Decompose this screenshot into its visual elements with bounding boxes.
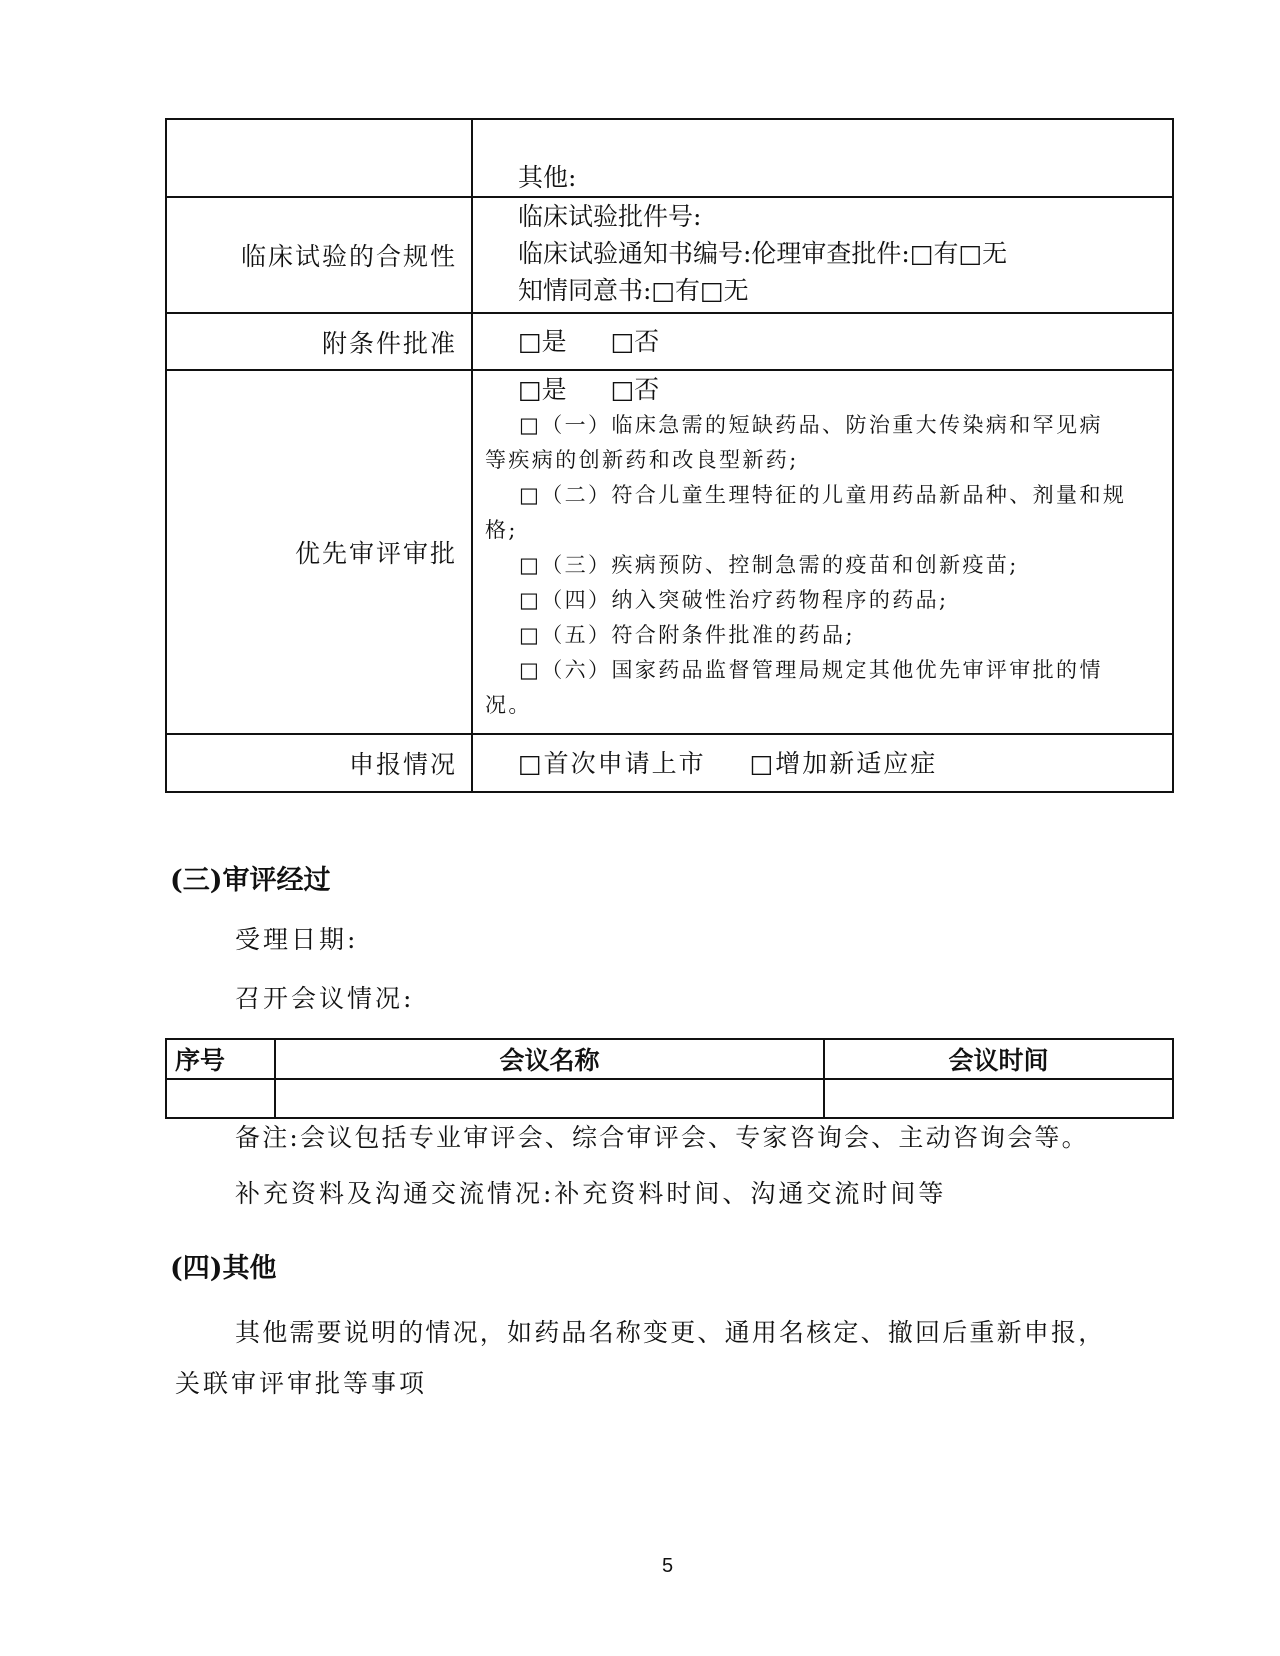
checkbox-yes[interactable]: □是 [518,375,567,404]
checkbox-first-application[interactable]: □首次申请上市 [518,749,706,778]
col-seq: 序号 [166,1039,275,1079]
cell-meeting-time[interactable] [824,1079,1173,1118]
col-meeting-time: 会议时间 [824,1039,1173,1079]
row-label: 申报情况 [166,734,472,792]
row-label: 附条件批准 [166,313,472,370]
review-info-table: 其他: 临床试验的合规性 临床试验批件号: 临床试验通知书编号:伦理审查批件:□… [165,118,1174,793]
table-row-priority-review: 优先审评审批 □是□否 □（一）临床急需的短缺药品、防治重大传染病和罕见病 等疾… [166,370,1173,734]
table-row-compliance: 临床试验的合规性 临床试验批件号: 临床试验通知书编号:伦理审查批件:□有□无 … [166,197,1173,313]
priority-item-1-cont: 等疾病的创新药和改良型新药; [473,443,1172,478]
table-row-conditional-approval: 附条件批准 □是□否 [166,313,1173,370]
priority-item-6[interactable]: □（六）国家药品监督管理局规定其他优先审评审批的情 [473,653,1172,688]
priority-item-2[interactable]: □（二）符合儿童生理特征的儿童用药品新品种、剂量和规 [473,478,1172,513]
supplement-info: 补充资料及沟通交流情况:补充资料时间、沟通交流时间等 [235,1174,946,1210]
row-label: 临床试验的合规性 [166,197,472,313]
meeting-table-header: 序号 会议名称 会议时间 [166,1039,1173,1079]
checkbox-no[interactable]: □否 [611,327,660,356]
trial-notice-no: 临床试验通知书编号:伦理审查批件:□有□无 [473,235,1172,272]
row-label [166,119,472,197]
other-para-line2: 关联审评审批等事项 [175,1364,427,1400]
priority-item-6-cont: 况。 [473,688,1172,723]
table-row [166,1079,1173,1118]
other-para-line1: 其他需要说明的情况，如药品名称变更、通用名核定、撤回后重新申报， [235,1313,1105,1349]
meeting-note: 备注:会议包括专业审评会、综合审评会、专家咨询会、主动咨询会等。 [235,1118,1089,1154]
other-field: 其他: [473,159,1172,196]
section4-heading: (四)其他 [170,1246,277,1285]
table-row-application-type: 申报情况 □首次申请上市□增加新适应症 [166,734,1173,792]
accept-date-label: 受理日期: [235,920,358,956]
trial-approval-no: 临床试验批件号: [473,198,1172,235]
priority-item-3[interactable]: □（三）疾病预防、控制急需的疫苗和创新疫苗; [473,548,1172,583]
row-label: 优先审评审批 [166,370,472,734]
priority-item-4[interactable]: □（四）纳入突破性治疗药物程序的药品; [473,583,1172,618]
col-meeting-name: 会议名称 [275,1039,824,1079]
priority-item-2-cont: 格; [473,513,1172,548]
meeting-table: 序号 会议名称 会议时间 [165,1038,1174,1119]
page-number: 5 [662,1555,673,1578]
checkbox-no[interactable]: □否 [611,375,660,404]
priority-item-5[interactable]: □（五）符合附条件批准的药品; [473,618,1172,653]
informed-consent: 知情同意书:□有□无 [473,272,1172,309]
meetings-label: 召开会议情况: [235,979,414,1015]
priority-item-1[interactable]: □（一）临床急需的短缺药品、防治重大传染病和罕见病 [473,408,1172,443]
cell-seq[interactable] [166,1079,275,1118]
table-row-other: 其他: [166,119,1173,197]
checkbox-new-indication[interactable]: □增加新适应症 [750,749,938,778]
cell-meeting-name[interactable] [275,1079,824,1118]
section3-heading: (三)审评经过 [170,858,331,897]
checkbox-yes[interactable]: □是 [518,327,567,356]
